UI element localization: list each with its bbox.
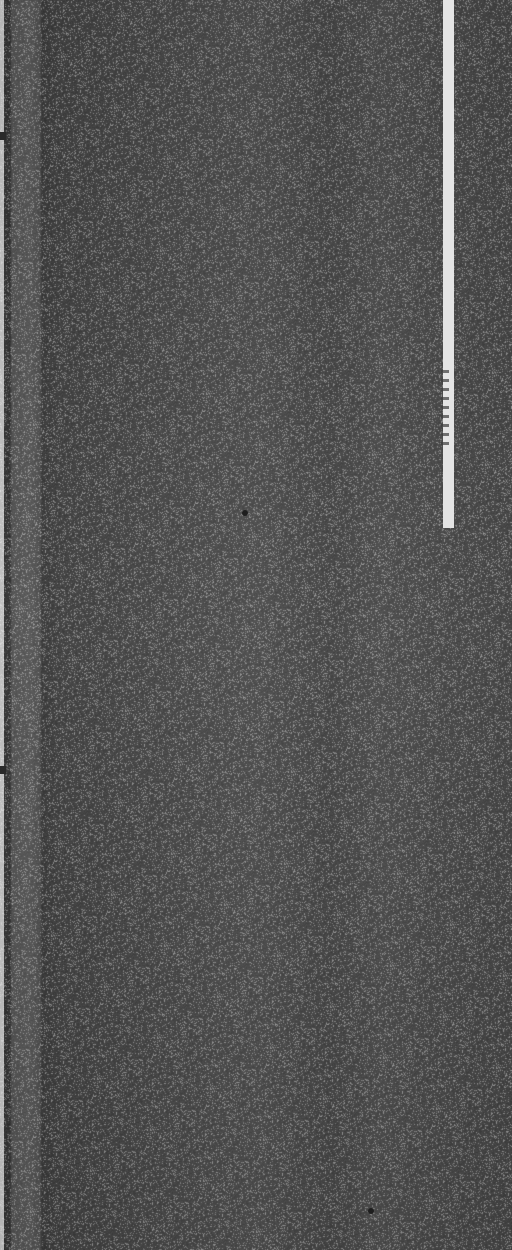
lane-marking-wear: [441, 370, 449, 450]
edge-notch: [0, 132, 6, 140]
edge-notch: [0, 766, 6, 774]
lighting-shade: [0, 0, 512, 1250]
road-surface: Top-down view of asphalt road surface wi…: [0, 0, 512, 1250]
asphalt-stain: [242, 510, 248, 516]
asphalt-stain: [368, 1208, 374, 1214]
